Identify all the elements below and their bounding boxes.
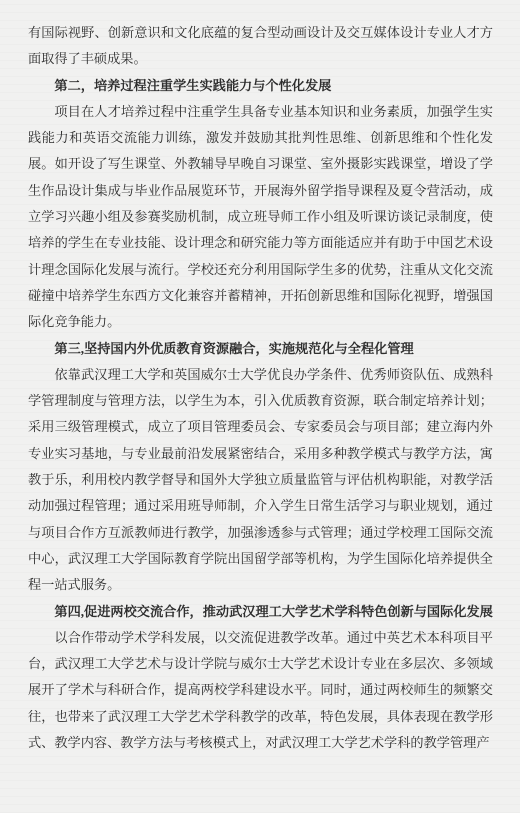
document-page: 有国际视野、创新意识和文化底蕴的复合型动画设计及交互媒体设计专业人才方面取得了丰… — [0, 0, 520, 813]
paragraph-body-second: 项目在人才培养过程中注重学生具备专业基本知识和业务素质，加强学生实践能力和英语交… — [28, 99, 493, 336]
paragraph-body-fourth: 以合作带动学术学科发展，以交流促进教学改革。通过中英艺术本科项目平台，武汉理工大… — [28, 625, 493, 756]
paragraph-body-third: 依靠武汉理工大学和英国威尔士大学优良办学条件、优秀师资队伍、成熟科学管理制度与管… — [28, 362, 493, 599]
section-heading-third: 第三,坚持国内外优质教育资源融合，实施规范化与全程化管理 — [28, 336, 493, 362]
section-heading-second: 第二，培养过程注重学生实践能力与个性化发展 — [28, 73, 493, 99]
section-heading-fourth: 第四,促进两校交流合作，推动武汉理工大学艺术学科特色创新与国际化发展 — [28, 599, 493, 625]
paragraph-continuation: 有国际视野、创新意识和文化底蕴的复合型动画设计及交互媒体设计专业人才方面取得了丰… — [28, 20, 493, 73]
